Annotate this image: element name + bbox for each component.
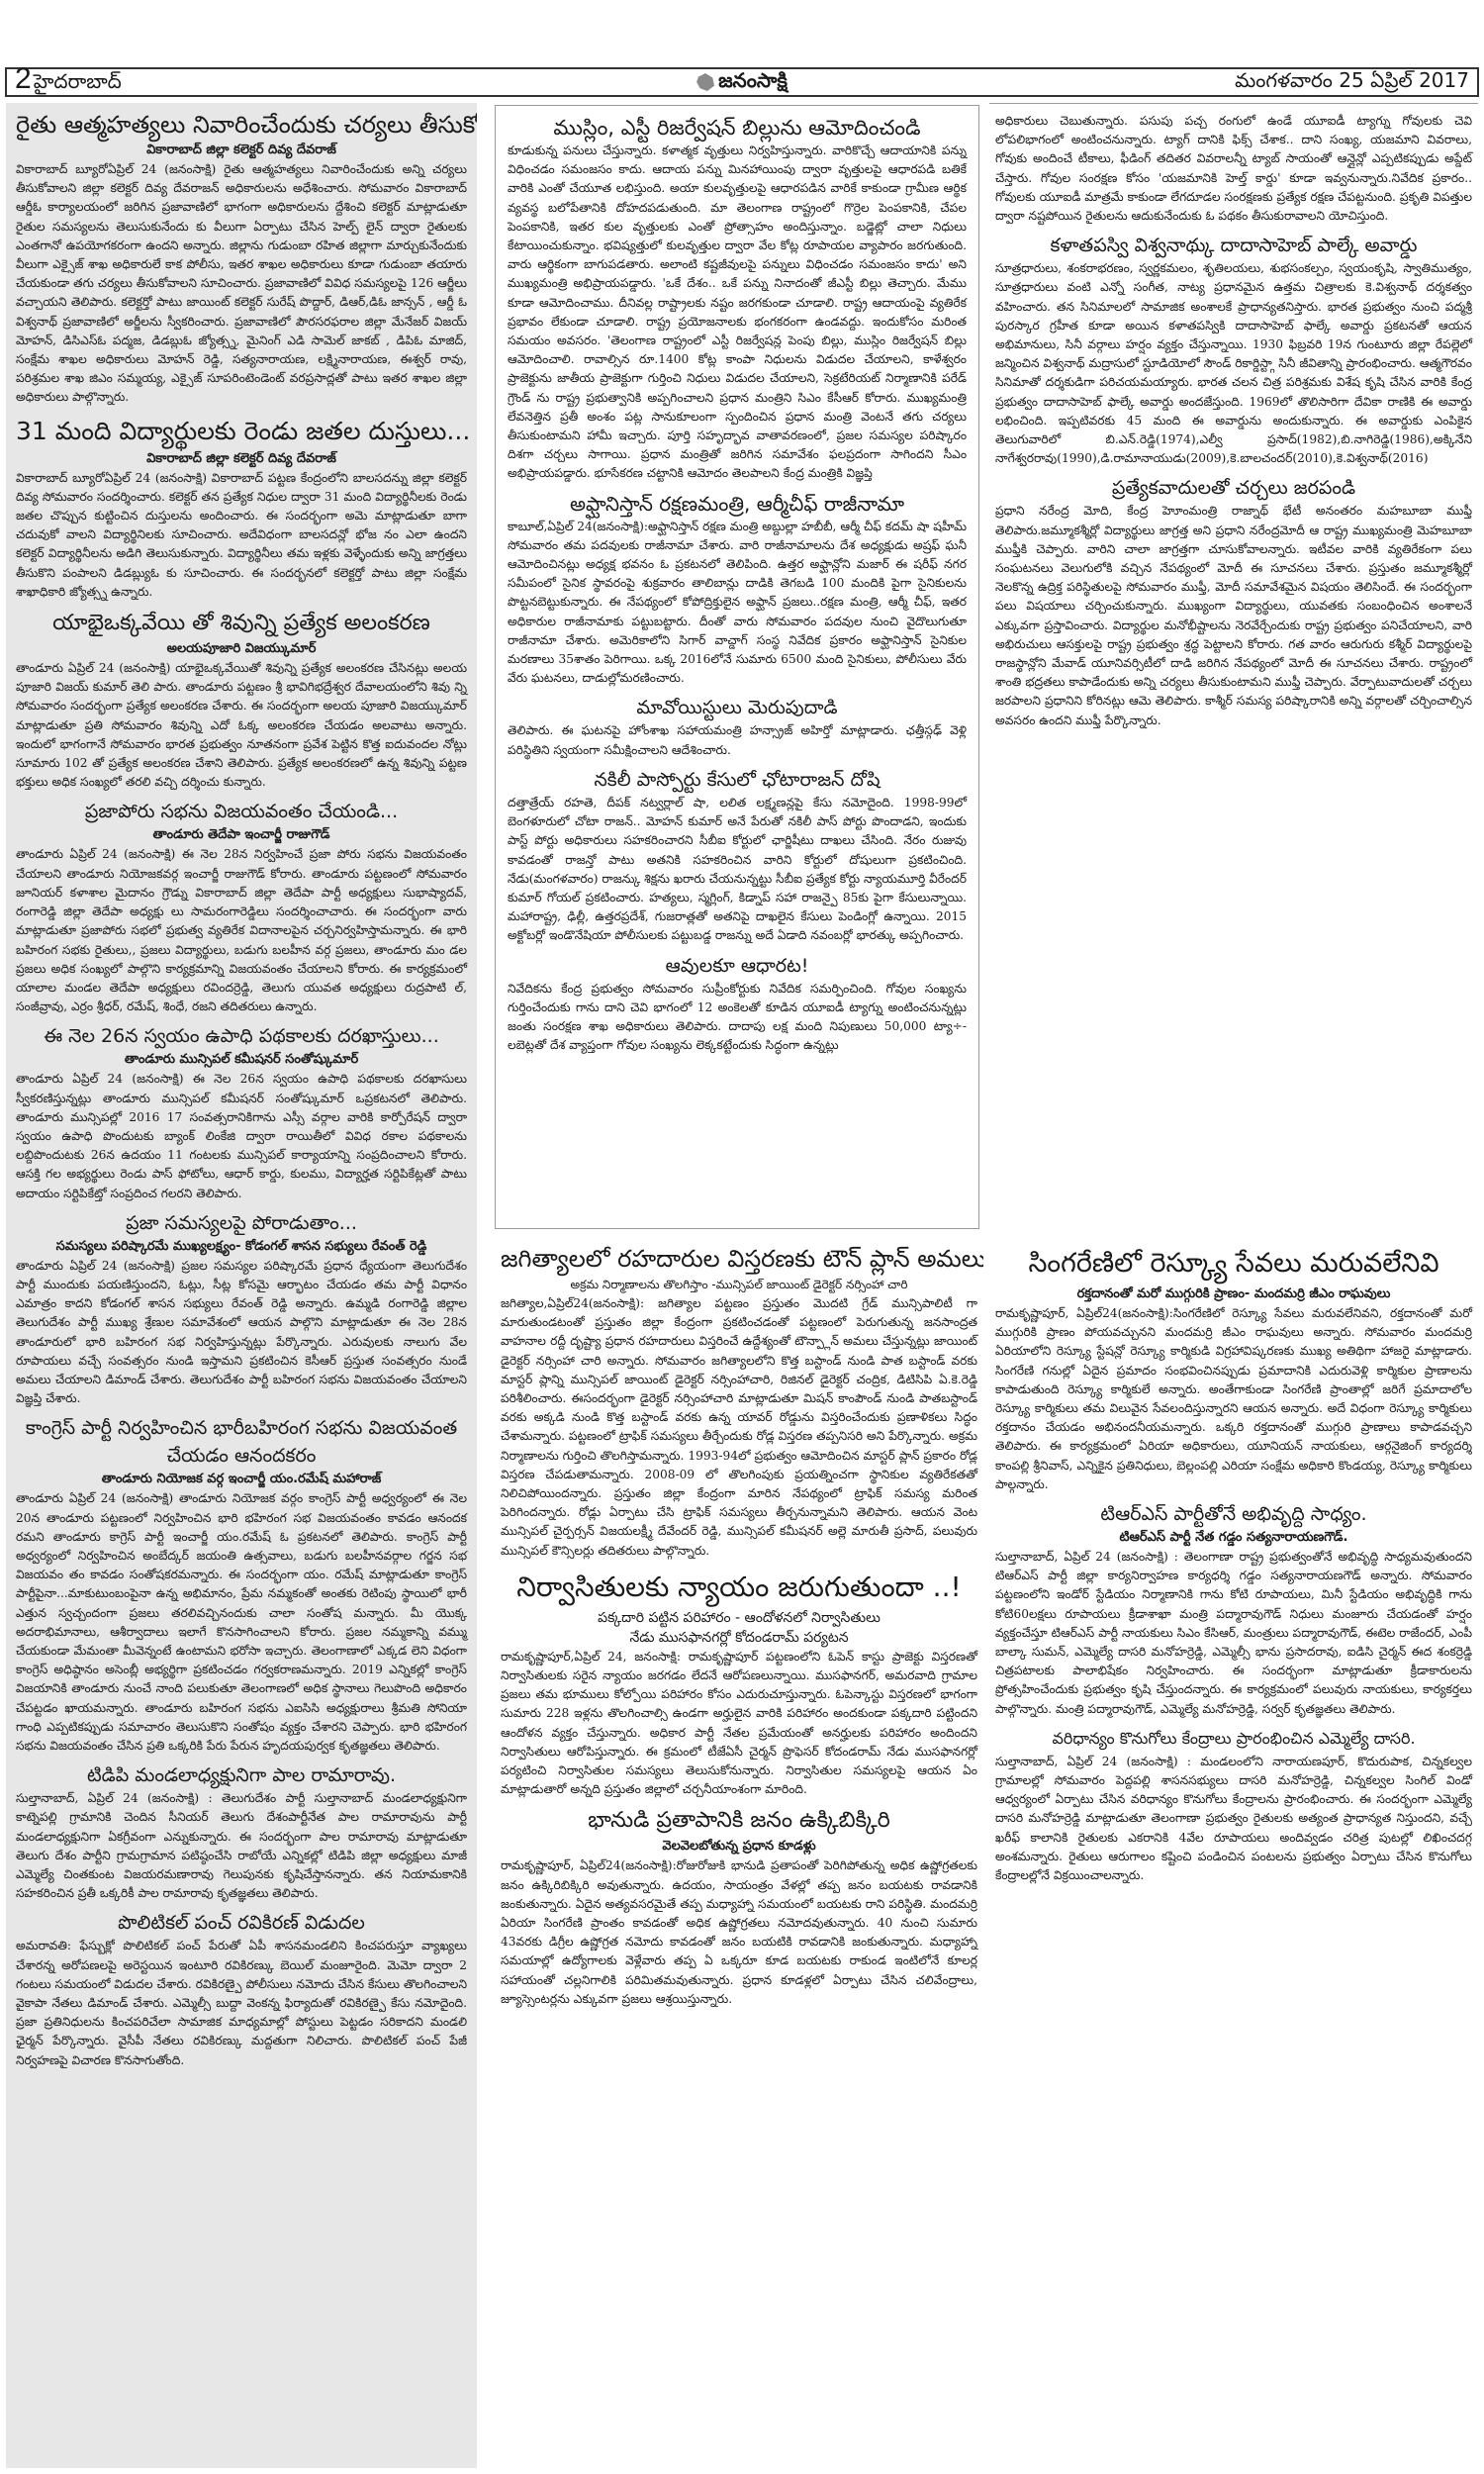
article-byline: టిఆర్ఎస్ పార్టీ నేత గడ్డం సత్యనారాయణగౌడ్… <box>995 1528 1472 1548</box>
section-title: హైదరాబాద్ <box>34 69 122 98</box>
article-cow-tag-continued: అధికారులు చెబుతున్నారు. పసుపు పచ్చ రంగుల… <box>995 112 1472 226</box>
article-tdp-president: టిడిపి మండలాధ్యక్షునిగా పాల రామారావు. సు… <box>16 1761 467 1903</box>
article-body: రామకృష్ణాపూర్, ఏప్రిల్24(జనంసాక్షి):సింగ… <box>995 1304 1472 1494</box>
article-body: జగిత్యాల,ఏప్రిల్24(జనంసాక్షి): జగిత్యాల … <box>501 1294 977 1561</box>
article-public-issues: ప్రజా సమస్యలపై పోరాడుతాం... సమస్యలు పరిష… <box>16 1209 467 1409</box>
article-body: నివేదికను కేంద్ర ప్రభుత్వం సోమవారం సుప్ర… <box>508 980 967 1056</box>
article-headline: రైతు ఆత్మహత్యలు నివారించేందుకు చర్యలు తీ… <box>16 109 467 141</box>
article-headline: కాంగ్రెస్ పార్టీ నిర్వహించిన భారీబహిరంగ … <box>16 1414 467 1470</box>
article-reservation-bill: ముస్లిం, ఎస్టీ రిజర్వేషన్ బిల్లును ఆమోది… <box>508 114 967 484</box>
article-body: తాండూరు ఏప్రిల్ 24 (జనంసాక్షి) ఈ నెల 26న… <box>16 1070 467 1202</box>
article-headline: 31 మంది విద్యార్థులకు రెండు జతల దుస్తులు… <box>16 414 467 449</box>
middle-boxed-section: ముస్లిం, ఎస్టీ రిజర్వేషన్ బిల్లును ఆమోది… <box>495 105 979 1229</box>
issue-date: మంగళవారం 25 ఏప్రిల్ 2017 <box>1235 68 1469 97</box>
article-displaced-justice: నిర్వాసితులకు న్యాయం జరుగుతుందా ..! పక్క… <box>501 1567 977 1800</box>
article-body: తాండూరు ఏప్రిల్ 24 (జనంసాక్షి) ఈ నెల 28న… <box>16 845 467 1016</box>
article-paddy-procurement: వరిధాన్యం కొనుగోలు కేంద్రాలు ప్రారంభించి… <box>995 1725 1472 1885</box>
article-byline: సమస్యలు పరిష్కారమే ముఖ్యలక్ష్యం- కోడంగల్… <box>16 1237 467 1257</box>
right-top-column: అధికారులు చెబుతున్నారు. పసుపు పచ్చ రంగుల… <box>989 103 1478 1229</box>
article-headline: నకిలీ పాస్పోర్టు కేసులో ఛోటారాజన్ దోషి <box>508 766 967 794</box>
article-body: రామకృష్ణాపూర్,ఏప్రిల్ 24, జనంసాక్షి: రామ… <box>501 1648 977 1800</box>
right-bottom-column: సింగరేణిలో రెస్క్యూ సేవలు మరువలేనివి రక్… <box>989 1237 1478 2469</box>
middle-bottom-column: జగిత్యాలలో రహదారుల విస్తరణకు టౌన్ ప్లాన్… <box>495 1237 983 2469</box>
article-headline: ప్రజా సమస్యలపై పోరాడుతాం... <box>16 1209 467 1237</box>
article-headline: యాభైఒక్కవేయి తో శివున్ని ప్రత్యేక అలంకరణ <box>16 608 467 639</box>
article-byline: తాండూరు మున్సిపల్ కమీషనర్ సంతోష్కుమార్ <box>16 1050 467 1070</box>
article-jagtial-town-plan: జగిత్యాలలో రహదారుల విస్తరణకు టౌన్ ప్లాన్… <box>501 1243 977 1561</box>
article-self-employment: ఈ నెల 26న స్వయం ఉపాధి పథకాలకు దరఖాస్తులు… <box>16 1022 467 1202</box>
article-headline: నిర్వాసితులకు న్యాయం జరుగుతుందా ..! <box>501 1567 977 1608</box>
article-byline: వికారాబాద్ జిల్లా కలెక్టర్ దివ్య దేవరాజ్ <box>16 141 467 160</box>
article-headline: కళాతపస్వి విశ్వనాథ్కు దాదాసాహెబ్ పాల్కే … <box>995 232 1472 259</box>
page-masthead: 2 హైదరాబాద్ జనంసాక్షి మంగళవారం 25 ఏప్రిల… <box>5 67 1479 97</box>
article-headline: జగిత్యాలలో రహదారుల విస్తరణకు టౌన్ ప్లాన్… <box>501 1243 977 1275</box>
article-headline: అఫ్ఘానిస్తాన్ రక్షణమంత్రి, ఆర్మీచీఫ్ రాజ… <box>508 490 967 518</box>
article-shiva-decoration: యాభైఒక్కవేయి తో శివున్ని ప్రత్యేక అలంకరణ… <box>16 608 467 792</box>
article-byline: తాండూరు తెదేపా ఇంచార్జీ రాజుగౌడ్ <box>16 825 467 845</box>
article-headline: ఈ నెల 26న స్వయం ఉపాధి పథకాలకు దరఖాస్తులు… <box>16 1022 467 1050</box>
article-body: తెలిపారు. ఈ ఘటనపై హోంశాఖ సహాయమంత్రి హన్స… <box>508 721 967 759</box>
newspaper-brand: జనంసాక్షి <box>696 68 788 97</box>
article-headline: ప్రత్యేకవాదులతో చర్చలు జరపండి <box>995 474 1472 502</box>
article-headline: ముస్లిం, ఎస్టీ రిజర్వేషన్ బిల్లును ఆమోది… <box>508 114 967 142</box>
article-byline: తాండూరు నియోజక వర్గ ఇంచార్జీ యం.రమేష్ మహ… <box>16 1470 467 1489</box>
article-headline: మావోయిస్టులు మెరుపుదాడి <box>508 694 967 721</box>
article-political-punch: పొలిటికల్ పంచ్ రవికిరణ్ విడుదల అమరావతి: … <box>16 1909 467 2069</box>
article-headline: సింగరేణిలో రెస్క్యూ సేవలు మరువలేనివి <box>995 1243 1472 1285</box>
article-body: సూత్రధారులు, శంకరాభరణం, స్వర్ణకమలం, శృతి… <box>995 259 1472 468</box>
article-headline: టిఆర్ఎస్ పార్టీతోనే అభివృద్ది సాధ్యం. <box>995 1500 1472 1528</box>
article-heatwave: భానుడి ప్రతాపానికి జనం ఉక్కిబిక్కిరి వెల… <box>501 1805 977 2009</box>
article-body: అమరావతి: ఫేస్బుక్లో పొలిటికల్ పంచ్ పేరుత… <box>16 1937 467 2069</box>
article-byline: వెలవెలబోతున్న ప్రధాన కూడళ్లు <box>501 1837 977 1856</box>
article-singareni-rescue: సింగరేణిలో రెస్క్యూ సేవలు మరువలేనివి రక్… <box>995 1243 1472 1494</box>
article-headline: వరిధాన్యం కొనుగోలు కేంద్రాలు ప్రారంభించి… <box>995 1725 1472 1753</box>
article-byline: అలయపూజారి విజయ్కుమార్ <box>16 639 467 659</box>
article-maoist-attack: మావోయిస్టులు మెరుపుదాడి తెలిపారు. ఈ ఘటనప… <box>508 694 967 759</box>
page-section-label: 2 హైదరాబాద్ <box>15 66 122 98</box>
article-chhota-rajan: నకిలీ పాస్పోర్టు కేసులో ఛోటారాజన్ దోషి ద… <box>508 766 967 946</box>
article-separatist-talks: ప్రత్యేకవాదులతో చర్చలు జరపండి ప్రధాని నర… <box>995 474 1472 729</box>
article-byline-secondary: నేడు ముసఫానగర్లో కోదండరామ్ పర్యటన <box>501 1628 977 1648</box>
article-body: అధికారులు చెబుతున్నారు. పసుపు పచ్చ రంగుల… <box>995 112 1472 226</box>
article-body: సుల్తానాబాద్, ఏప్రిల్ 24 (జనంసాక్షి) : త… <box>995 1548 1472 1719</box>
article-body: తాండూరు ఏప్రిల్ 24 (జనంసాక్షి) ప్రజల సమస… <box>16 1257 467 1409</box>
article-praja-poru: ప్రజాపోరు సభను విజయవంతం చేయండి... తాండూర… <box>16 798 467 1016</box>
article-headline: భానుడి ప్రతాపానికి జనం ఉక్కిబిక్కిరి <box>501 1805 977 1837</box>
article-body: వికారాబాద్ బ్యూరోఏప్రిల్ 24 (జనంసాక్షి) … <box>16 469 467 602</box>
article-body: కూడుకున్న పనులు చేస్తున్నారు. కళాత్మక వృ… <box>508 142 967 484</box>
article-student-clothes: 31 మంది విద్యార్థులకు రెండు జతల దుస్తులు… <box>16 414 467 602</box>
article-headline: ప్రజాపోరు సభను విజయవంతం చేయండి... <box>16 798 467 825</box>
article-body: తాండూరు ఏప్రిల్ 24 (జనంసాక్షి) తాండూరు న… <box>16 1489 467 1756</box>
article-body: రామకృష్ణాపూర్, ఏప్రిల్24(జనంసాక్షి):రోజు… <box>501 1856 977 2009</box>
page-number: 2 <box>15 66 32 92</box>
article-body: తాండూరు ఏప్రిల్ 24 (జనంసాక్షి) యాభైఒక్కవ… <box>16 659 467 792</box>
article-headline: పొలిటికల్ పంచ్ రవికిరణ్ విడుదల <box>16 1909 467 1937</box>
article-congress-meeting: కాంగ్రెస్ పార్టీ నిర్వహించిన భారీబహిరంగ … <box>16 1414 467 1756</box>
article-headline: టిడిపి మండలాధ్యక్షునిగా పాల రామారావు. <box>16 1761 467 1789</box>
article-body: ప్రధాని నరేంద్ర మోది, కేంద్ర హెూంమంత్రి … <box>995 502 1472 729</box>
article-trs-development: టిఆర్ఎస్ పార్టీతోనే అభివృద్ది సాధ్యం. టి… <box>995 1500 1472 1719</box>
article-byline: రక్తదానంతో మరో ముగ్గురికి ప్రాణం- మందమర్… <box>995 1285 1472 1304</box>
article-body: సుల్తానాబాద్, ఏప్రిల్ 24 (జనంసాక్షి) : త… <box>16 1789 467 1903</box>
article-cow-aadhaar: ఆవులకూ ఆధారట! నివేదికను కేంద్ర ప్రభుత్వం… <box>508 952 967 1056</box>
article-body: వికారాబాద్ బ్యూరోఏప్రిల్ 24 (జనంసాక్షి) … <box>16 160 467 408</box>
telangana-map-icon <box>696 73 714 91</box>
brand-name: జనంసాక్షి <box>718 68 788 97</box>
article-byline: పక్కదారి పట్టిన పరిహారం - ఆందోళనలో నిర్వ… <box>501 1608 977 1628</box>
article-farmer-suicides: రైతు ఆత్మహత్యలు నివారించేందుకు చర్యలు తీ… <box>16 109 467 408</box>
article-headline: ఆవులకూ ఆధారట! <box>508 952 967 980</box>
article-viswanath-award: కళాతపస్వి విశ్వనాథ్కు దాదాసాహెబ్ పాల్కే … <box>995 232 1472 468</box>
article-afghan-resignation: అఫ్ఘానిస్తాన్ రక్షణమంత్రి, ఆర్మీచీఫ్ రాజ… <box>508 490 967 689</box>
article-byline: వికారాబాద్ జిల్లా కలెక్టర్ దివ్య దేవరాజ్ <box>16 449 467 469</box>
article-body: సుల్తానాబాద్, ఏప్రిల్ 24 (జనంసాక్షి) : మ… <box>995 1753 1472 1885</box>
article-byline: అక్రమ నిర్మాణాలను తొలగిస్తాం -మున్సిపల్ … <box>501 1275 977 1294</box>
article-body: దత్తాత్రేయ్ రహతె, దీపక్ నట్వర్లాల్ షా, ల… <box>508 794 967 946</box>
left-column: రైతు ఆత్మహత్యలు నివారించేందుకు చర్యలు తీ… <box>6 103 477 2468</box>
article-body: కాబూల్,ఏప్రిల్ 24(జనంసాక్షి):అఫ్ఘానిస్తా… <box>508 518 967 689</box>
